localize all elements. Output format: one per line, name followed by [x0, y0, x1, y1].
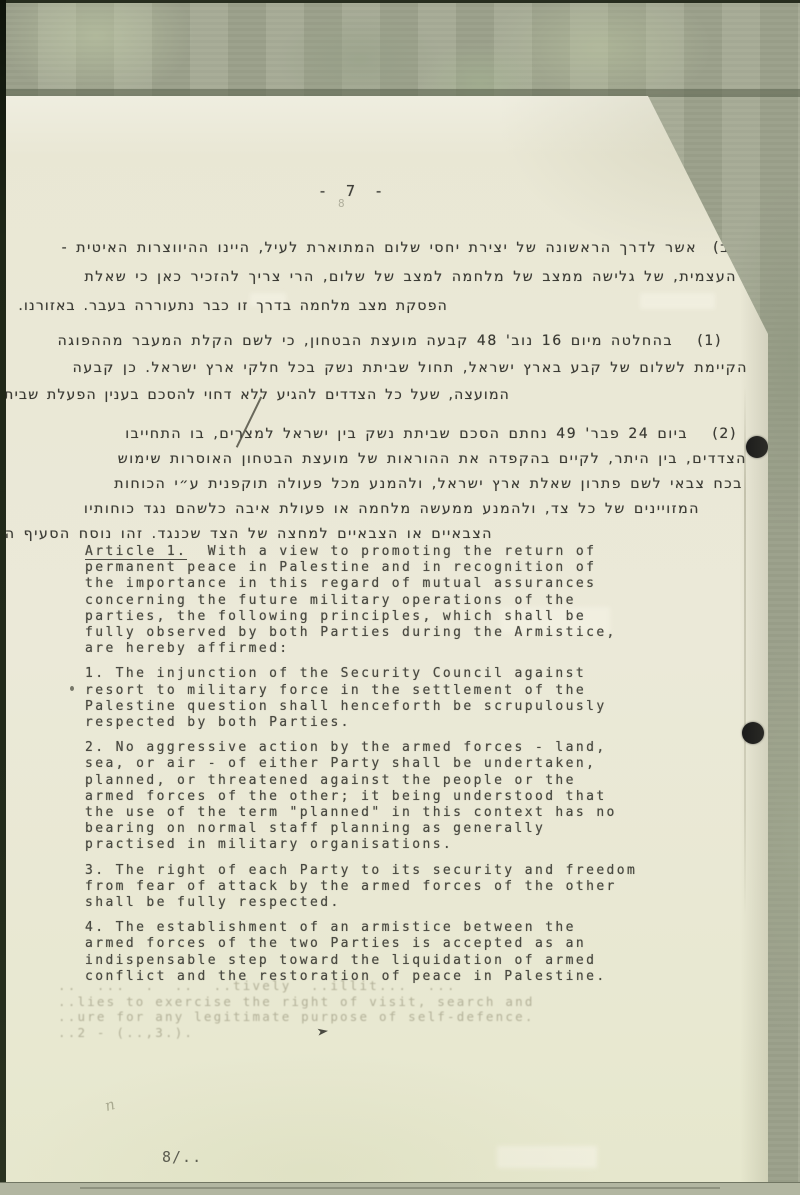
scan-bottom-line — [80, 1187, 720, 1189]
ghost-page-mark: 8 — [338, 197, 345, 210]
text-line: armed forces of the other; it being unde… — [85, 789, 675, 805]
point-2-paragraph: 2. No aggressive action by the armed for… — [85, 740, 675, 853]
text-line: 3. The right of each Party to its securi… — [85, 863, 675, 879]
text-line: (2) ביום 24 פבר' 49 נחתם הסכם שביתת נשק … — [40, 422, 737, 447]
text-line: בכח צבאי לשם פתרון שאלת ארץ ישראל, ולהמנ… — [40, 472, 743, 497]
handwritten-mark: n — [103, 1095, 117, 1115]
hebrew-paragraph-2: (2) ביום 24 פבר' 49 נחתם הסכם שביתת נשק … — [40, 422, 748, 547]
article-1-body: permanent peace in Palestine and in reco… — [85, 560, 675, 657]
scan-top-edge — [0, 0, 800, 3]
text-line: shall be fully respected. — [85, 895, 675, 911]
text-line: 2. No aggressive action by the armed for… — [85, 740, 675, 756]
paper-sheet: - 7 - 8 (ב) אשר לדרך הראשונה של יצירת יח… — [6, 96, 768, 1183]
text-line: הפסקת מצב מלחמה בדרך זו כבר נתעוררה בעבר… — [40, 292, 448, 321]
text-line: sea, or air - of either Party shall be u… — [85, 756, 675, 772]
text-line: Palestine question shall henceforth be s… — [85, 699, 675, 715]
text-line: 4. The establishment of an armistice bet… — [85, 920, 675, 936]
point-4-paragraph: 4. The establishment of an armistice bet… — [85, 920, 675, 985]
text-line: ..ure for any legitimate purpose of self… — [58, 1009, 535, 1025]
text-line: (1) בהחלטה מיום 16 נוב' 48 קבעה מועצת הב… — [40, 328, 722, 355]
page-footer: 8/.. — [162, 1148, 202, 1166]
text-line: respected by both Parties. — [85, 715, 675, 731]
page-number: - 7 - — [318, 182, 388, 200]
text-line: (ב) אשר לדרך הראשונה של יצירת יחסי שלום … — [40, 234, 737, 263]
text-line: the importance in this regard of mutual … — [85, 576, 675, 592]
text-line: parties, the following principles, which… — [85, 609, 675, 625]
text-line: המזויינים של כל צד, ולהמנע ממעשה מלחמה א… — [40, 497, 700, 522]
text-line: הקיימת לשלום של קבע בארץ ישראל, תחול שבי… — [40, 355, 748, 382]
paper-top-shadow — [0, 89, 800, 97]
text-line: 1. The injunction of the Security Counci… — [85, 666, 675, 682]
ink-speck — [70, 686, 74, 691]
bleed-through-text: .. ... . .. ..tively ..illit... .....lie… — [58, 978, 535, 1040]
text-line: practised in military organisations. — [85, 837, 675, 853]
point-1-paragraph: 1. The injunction of the Security Counci… — [85, 666, 675, 731]
english-text-block: Article 1. With a view to promoting the … — [85, 544, 675, 994]
punch-hole-dot — [742, 722, 764, 744]
arrow-mark: ➤ — [316, 1024, 330, 1039]
hebrew-paragraph-1: (1) בהחלטה מיום 16 נוב' 48 קבעה מועצת הב… — [40, 328, 748, 409]
article-1-paragraph: Article 1. With a view to promoting the … — [85, 544, 675, 657]
punch-hole-dot — [746, 436, 768, 458]
text-line: ..lies to exercise the right of visit, s… — [58, 994, 535, 1010]
text-line: armed forces of the two Parties is accep… — [85, 936, 675, 952]
text-line: העצמית, של גלישה ממצב של מלחמה למצב של ש… — [40, 263, 737, 292]
text-line: permanent peace in Palestine and in reco… — [85, 560, 675, 576]
text-line: are hereby affirmed: — [85, 641, 675, 657]
text-line: הצדדים, בין היתר, לקיים בהקפדה את ההוראו… — [40, 447, 747, 472]
text-line: bearing on normal staff planning as gene… — [85, 821, 675, 837]
text-line: resort to military force in the settleme… — [85, 683, 675, 699]
text-line: from fear of attack by the armed forces … — [85, 879, 675, 895]
hebrew-paragraph-b: (ב) אשר לדרך הראשונה של יצירת יחסי שלום … — [40, 234, 748, 321]
correction-patch — [497, 1146, 597, 1168]
text-line: planned, or threatened against the peopl… — [85, 773, 675, 789]
point-3-paragraph: 3. The right of each Party to its securi… — [85, 863, 675, 912]
text-line: indispensable step toward the liquidatio… — [85, 953, 675, 969]
text-line: .. ... . .. ..tively ..illit... ... — [58, 978, 535, 994]
text-line: fully observed by both Parties during th… — [85, 625, 675, 641]
scanned-document-page: - 7 - 8 (ב) אשר לדרך הראשונה של יצירת יח… — [0, 0, 800, 1195]
article-1-heading: Article 1. — [85, 544, 187, 560]
text-line: the use of the term "planned" in this co… — [85, 805, 675, 821]
article-1-first-line: Article 1. With a view to promoting the … — [85, 544, 675, 560]
text-line: concerning the future military operation… — [85, 593, 675, 609]
scan-left-edge — [0, 0, 6, 1195]
article-1-first-line-rest: With a view to promoting the return of — [187, 544, 596, 559]
text-line: המועצה, שעל כל הצדדים להגיע ללא דחוי להס… — [40, 382, 510, 409]
text-line: ..2 - (..,3.). — [58, 1025, 535, 1041]
